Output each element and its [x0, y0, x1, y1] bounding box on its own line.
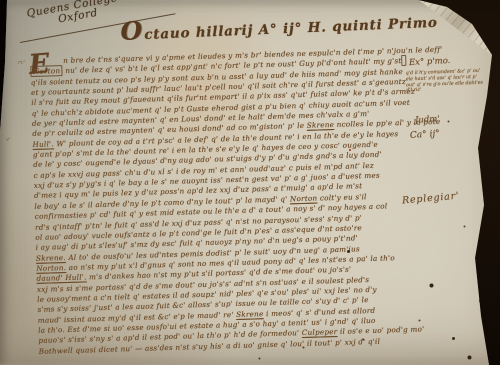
speaker-name: Skrene	[236, 309, 264, 319]
speaker-name: Skrene	[307, 120, 335, 130]
speaker-name: Culpeper	[302, 327, 338, 337]
manuscript-body: n bre de t'ns s'quare vi y a'pme et lieu…	[30, 45, 459, 357]
heading-initial: O	[120, 16, 143, 46]
parchment-sheet: Queens College Oxford Octauo hillarij A°…	[0, 0, 500, 365]
speaker-name: daund' Hull'.	[36, 273, 86, 283]
speaker-name	[401, 55, 406, 66]
speaker-name: Skrene.	[36, 253, 66, 263]
speaker-name: Hull'.	[32, 139, 54, 149]
scribal-mark: rc'	[18, 60, 25, 66]
scribal-mark: v'	[6, 137, 11, 143]
manuscript-photo: Queens College Oxford Octauo hillarij A°…	[0, 0, 500, 365]
speaker-name: Norton	[290, 193, 318, 203]
speaker-name: Norton.	[36, 263, 66, 273]
margin-note-judgment: Judm'	[415, 115, 440, 125]
heading-text: ctauo hillarij A° ij° H. quinti Primo	[144, 15, 438, 43]
red-ink-speck	[349, 149, 351, 151]
margin-note-small-text: q'd il h'y comandem' &c' p' ou' ele haut…	[406, 69, 487, 95]
speaker-name: Norton	[30, 65, 63, 77]
wormhole-specks	[0, 0, 3, 3]
